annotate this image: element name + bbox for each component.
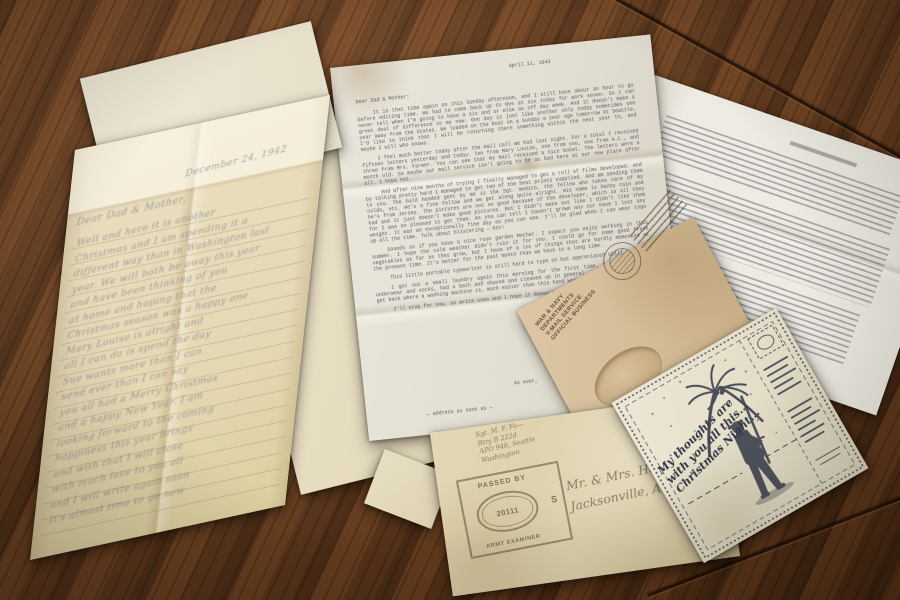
stamp-box [748, 325, 784, 359]
censor-stamp-top: PASSED BY [459, 471, 545, 494]
handwritten-body: Well and here it is another Christmas an… [48, 183, 313, 529]
cancellation-lines [629, 190, 688, 253]
letter-postscript: — address as soon as — [426, 405, 492, 418]
censor-stamp-oval: 20111 [473, 486, 541, 537]
censor-stamp: PASSED BY 20111 S ARMY EXAMINER [456, 461, 573, 559]
card-caption-lines [816, 447, 843, 466]
censor-number: 20111 [479, 492, 536, 531]
letter-closing: As ever, [514, 378, 539, 386]
handwritten-date: December 24, 1942 [185, 143, 287, 179]
letter-salutation: Dear Dad & Mother: [355, 94, 409, 106]
censor-stamp-side-letter: S [550, 494, 558, 505]
return-address: Sgt. M. F. Fa— Btry B 222d APO 948, Seat… [475, 418, 538, 464]
postmark-inner [604, 243, 641, 280]
letter-date: April 11, 1943 [508, 59, 550, 69]
handwritten-letter: December 24, 1942 Dear Dad & Mother, Wel… [30, 95, 330, 560]
censor-stamp-bottom: ARMY EXAMINER [471, 531, 557, 553]
photo-wartime-letters-on-wood-table: April 11, 1943 Dear Dad & Mother: It is … [0, 0, 900, 600]
